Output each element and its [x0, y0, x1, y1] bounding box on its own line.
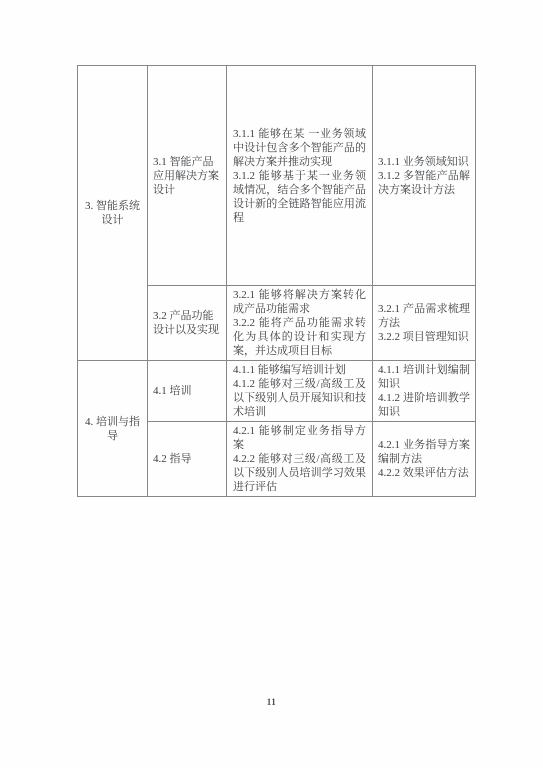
work-task-label: 4.2 指导: [153, 452, 223, 466]
skill-item: 3.1.1 能够在某 一业务领域中设计包含多个智能产品的解决方案并推动实现: [233, 127, 366, 169]
skill-item: 3.2.1 能够将解决方案转化成产品功能需求: [233, 288, 366, 316]
category-cell: 3. 智能系统设计: [78, 66, 148, 361]
knowledge-item: 4.1.2 进阶培训教学知识: [378, 391, 470, 419]
knowledge-item: 4.2.1 业务指导方案编制方法: [378, 438, 470, 466]
knowledge-item: 3.1.2 多智能产品解决方案设计方法: [378, 169, 470, 197]
knowledge-requirements-cell: 3.1.1 业务领域知识 3.1.2 多智能产品解决方案设计方法: [373, 66, 476, 286]
skill-item: 3.1.2 能够基于某一业务领域情况，结合多个智能产品设计新的全链路智能应用流程: [233, 169, 366, 225]
page-number: 11: [0, 697, 543, 707]
skill-item: 3.2.2 能将产品功能需求转化为具体的设计和实现方案，并达成项目目标: [233, 316, 366, 358]
table-row: 4. 培训与指导 4.1 培训 4.1.1 能够编写培训计划 4.1.2 能够对…: [78, 361, 476, 422]
work-task-cell: 4.1 培训: [148, 361, 227, 422]
knowledge-item: 3.2.1 产品需求梳理方法: [378, 302, 470, 330]
table-row: 3. 智能系统设计 3.1 智能产品应用解决方案设计 3.1.1 能够在某 一业…: [78, 66, 476, 286]
knowledge-requirements-cell: 4.1.1 培训计划编制知识 4.1.2 进阶培训教学知识: [373, 361, 476, 422]
skill-requirements-cell: 4.2.1 能够制定业务指导方案 4.2.2 能够对三级/高级工及以下级别人员培…: [227, 422, 373, 497]
category-label: 3. 智能系统设计: [81, 199, 144, 227]
category-cell: 4. 培训与指导: [78, 361, 148, 497]
work-task-cell: 3.2 产品功能设计以及实现: [148, 286, 227, 361]
skill-requirements-cell: 4.1.1 能够编写培训计划 4.1.2 能够对三级/高级工及以下级别人员开展知…: [227, 361, 373, 422]
occupational-skill-table: 3. 智能系统设计 3.1 智能产品应用解决方案设计 3.1.1 能够在某 一业…: [77, 65, 476, 497]
work-task-label: 3.2 产品功能设计以及实现: [153, 309, 223, 337]
skill-item: 4.1.1 能够编写培训计划: [233, 363, 366, 377]
knowledge-requirements-cell: 3.2.1 产品需求梳理方法 3.2.2 项目管理知识: [373, 286, 476, 361]
work-task-cell: 4.2 指导: [148, 422, 227, 497]
document-page: 3. 智能系统设计 3.1 智能产品应用解决方案设计 3.1.1 能够在某 一业…: [0, 0, 543, 768]
category-label: 4. 培训与指导: [81, 415, 144, 443]
skill-requirements-cell: 3.1.1 能够在某 一业务领域中设计包含多个智能产品的解决方案并推动实现 3.…: [227, 66, 373, 286]
knowledge-item: 4.1.1 培训计划编制知识: [378, 363, 470, 391]
work-task-label: 3.1 智能产品应用解决方案设计: [153, 155, 223, 197]
work-task-label: 4.1 培训: [153, 384, 223, 398]
knowledge-item: 3.1.1 业务领域知识: [378, 155, 470, 169]
skill-item: 4.2.1 能够制定业务指导方案: [233, 424, 366, 452]
knowledge-item: 4.2.2 效果评估方法: [378, 466, 470, 480]
skill-item: 4.2.2 能够对三级/高级工及以下级别人员培训学习效果进行评估: [233, 452, 366, 494]
knowledge-item: 3.2.2 项目管理知识: [378, 330, 470, 344]
work-task-cell: 3.1 智能产品应用解决方案设计: [148, 66, 227, 286]
skill-requirements-cell: 3.2.1 能够将解决方案转化成产品功能需求 3.2.2 能将产品功能需求转化为…: [227, 286, 373, 361]
knowledge-requirements-cell: 4.2.1 业务指导方案编制方法 4.2.2 效果评估方法: [373, 422, 476, 497]
skill-item: 4.1.2 能够对三级/高级工及以下级别人员开展知识和技术培训: [233, 377, 366, 419]
